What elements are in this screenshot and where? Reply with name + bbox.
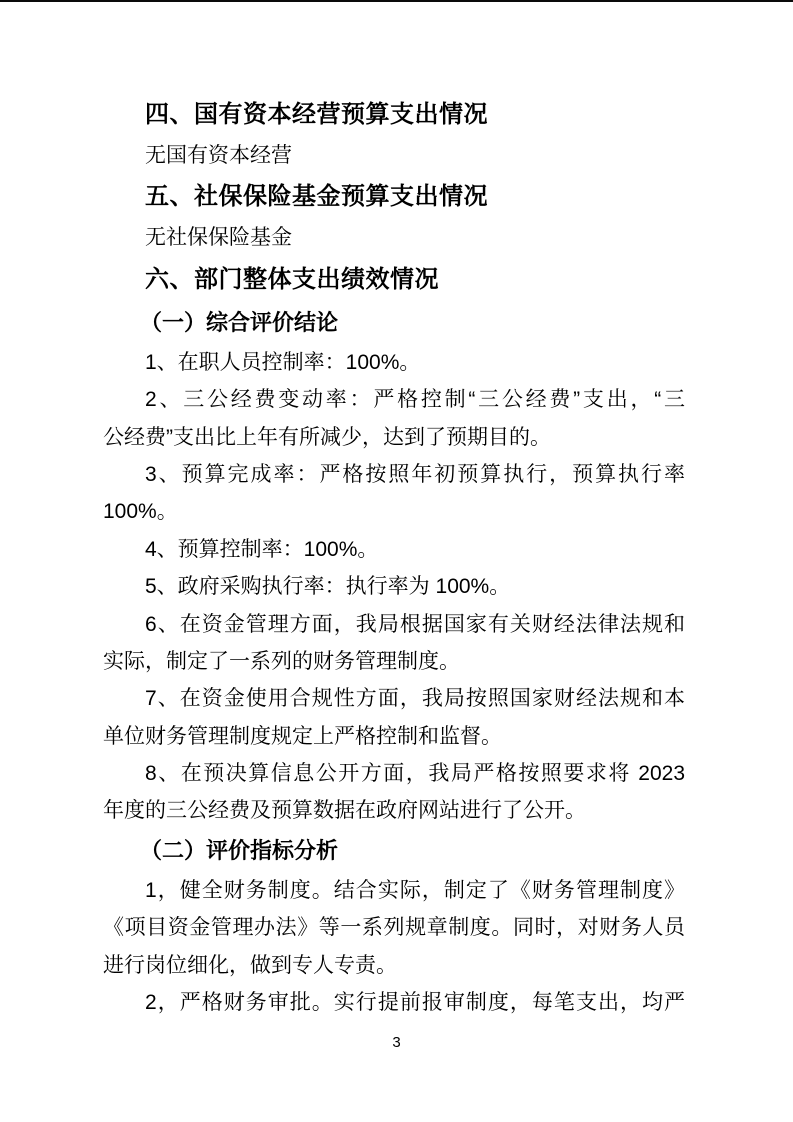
document-line: 100%。 (103, 493, 685, 530)
document-line: 无社保保险基金 (103, 219, 685, 256)
document-line: 年度的三公经费及预算数据在政府网站进行了公开。 (103, 792, 685, 829)
document-line: 1、在职人员控制率：100%。 (103, 344, 685, 381)
section-heading-six: 六、部门整体支出绩效情况 (103, 257, 685, 302)
section-heading-four: 四、国有资本经营预算支出情况 (103, 92, 685, 137)
document-line: 2、三公经费变动率：严格控制“三公经费”支出，“三 (103, 381, 685, 418)
document-line: 进行岗位细化，做到专人专责。 (103, 947, 685, 984)
document-line: 6、在资金管理方面，我局根据国家有关财经法律法规和 (103, 606, 685, 643)
section-heading-five: 五、社保保险基金预算支出情况 (103, 174, 685, 219)
sub-heading-two: （二）评价指标分析 (103, 830, 685, 872)
page-top-border (0, 0, 793, 2)
document-line: 4、预算控制率：100%。 (103, 531, 685, 568)
document-line: 7、在资金使用合规性方面，我局按照国家财经法规和本 (103, 680, 685, 717)
document-line: 2，严格财务审批。实行提前报审制度，每笔支出，均严 (103, 984, 685, 1021)
document-body: 四、国有资本经营预算支出情况 无国有资本经营 五、社保保险基金预算支出情况 无社… (103, 92, 685, 1021)
sub-heading-one: （一）综合评价结论 (103, 302, 685, 344)
document-line: 单位财务管理制度规定上严格控制和监督。 (103, 718, 685, 755)
page-number: 3 (0, 1032, 793, 1054)
document-line: 3、预算完成率：严格按照年初预算执行，预算执行率 (103, 456, 685, 493)
document-line: 公经费”支出比上年有所减少，达到了预期目的。 (103, 419, 685, 456)
document-line: 5、政府采购执行率：执行率为 100%。 (103, 568, 685, 605)
document-line: 1，健全财务制度。结合实际，制定了《财务管理制度》 (103, 872, 685, 909)
document-line: 8、在预决算信息公开方面，我局严格按照要求将 2023 (103, 755, 685, 792)
document-line: 无国有资本经营 (103, 137, 685, 174)
document-line: 实际，制定了一系列的财务管理制度。 (103, 643, 685, 680)
document-line: 《项目资金管理办法》等一系列规章制度。同时，对财务人员 (103, 909, 685, 946)
document-page: 四、国有资本经营预算支出情况 无国有资本经营 五、社保保险基金预算支出情况 无社… (0, 0, 793, 1122)
